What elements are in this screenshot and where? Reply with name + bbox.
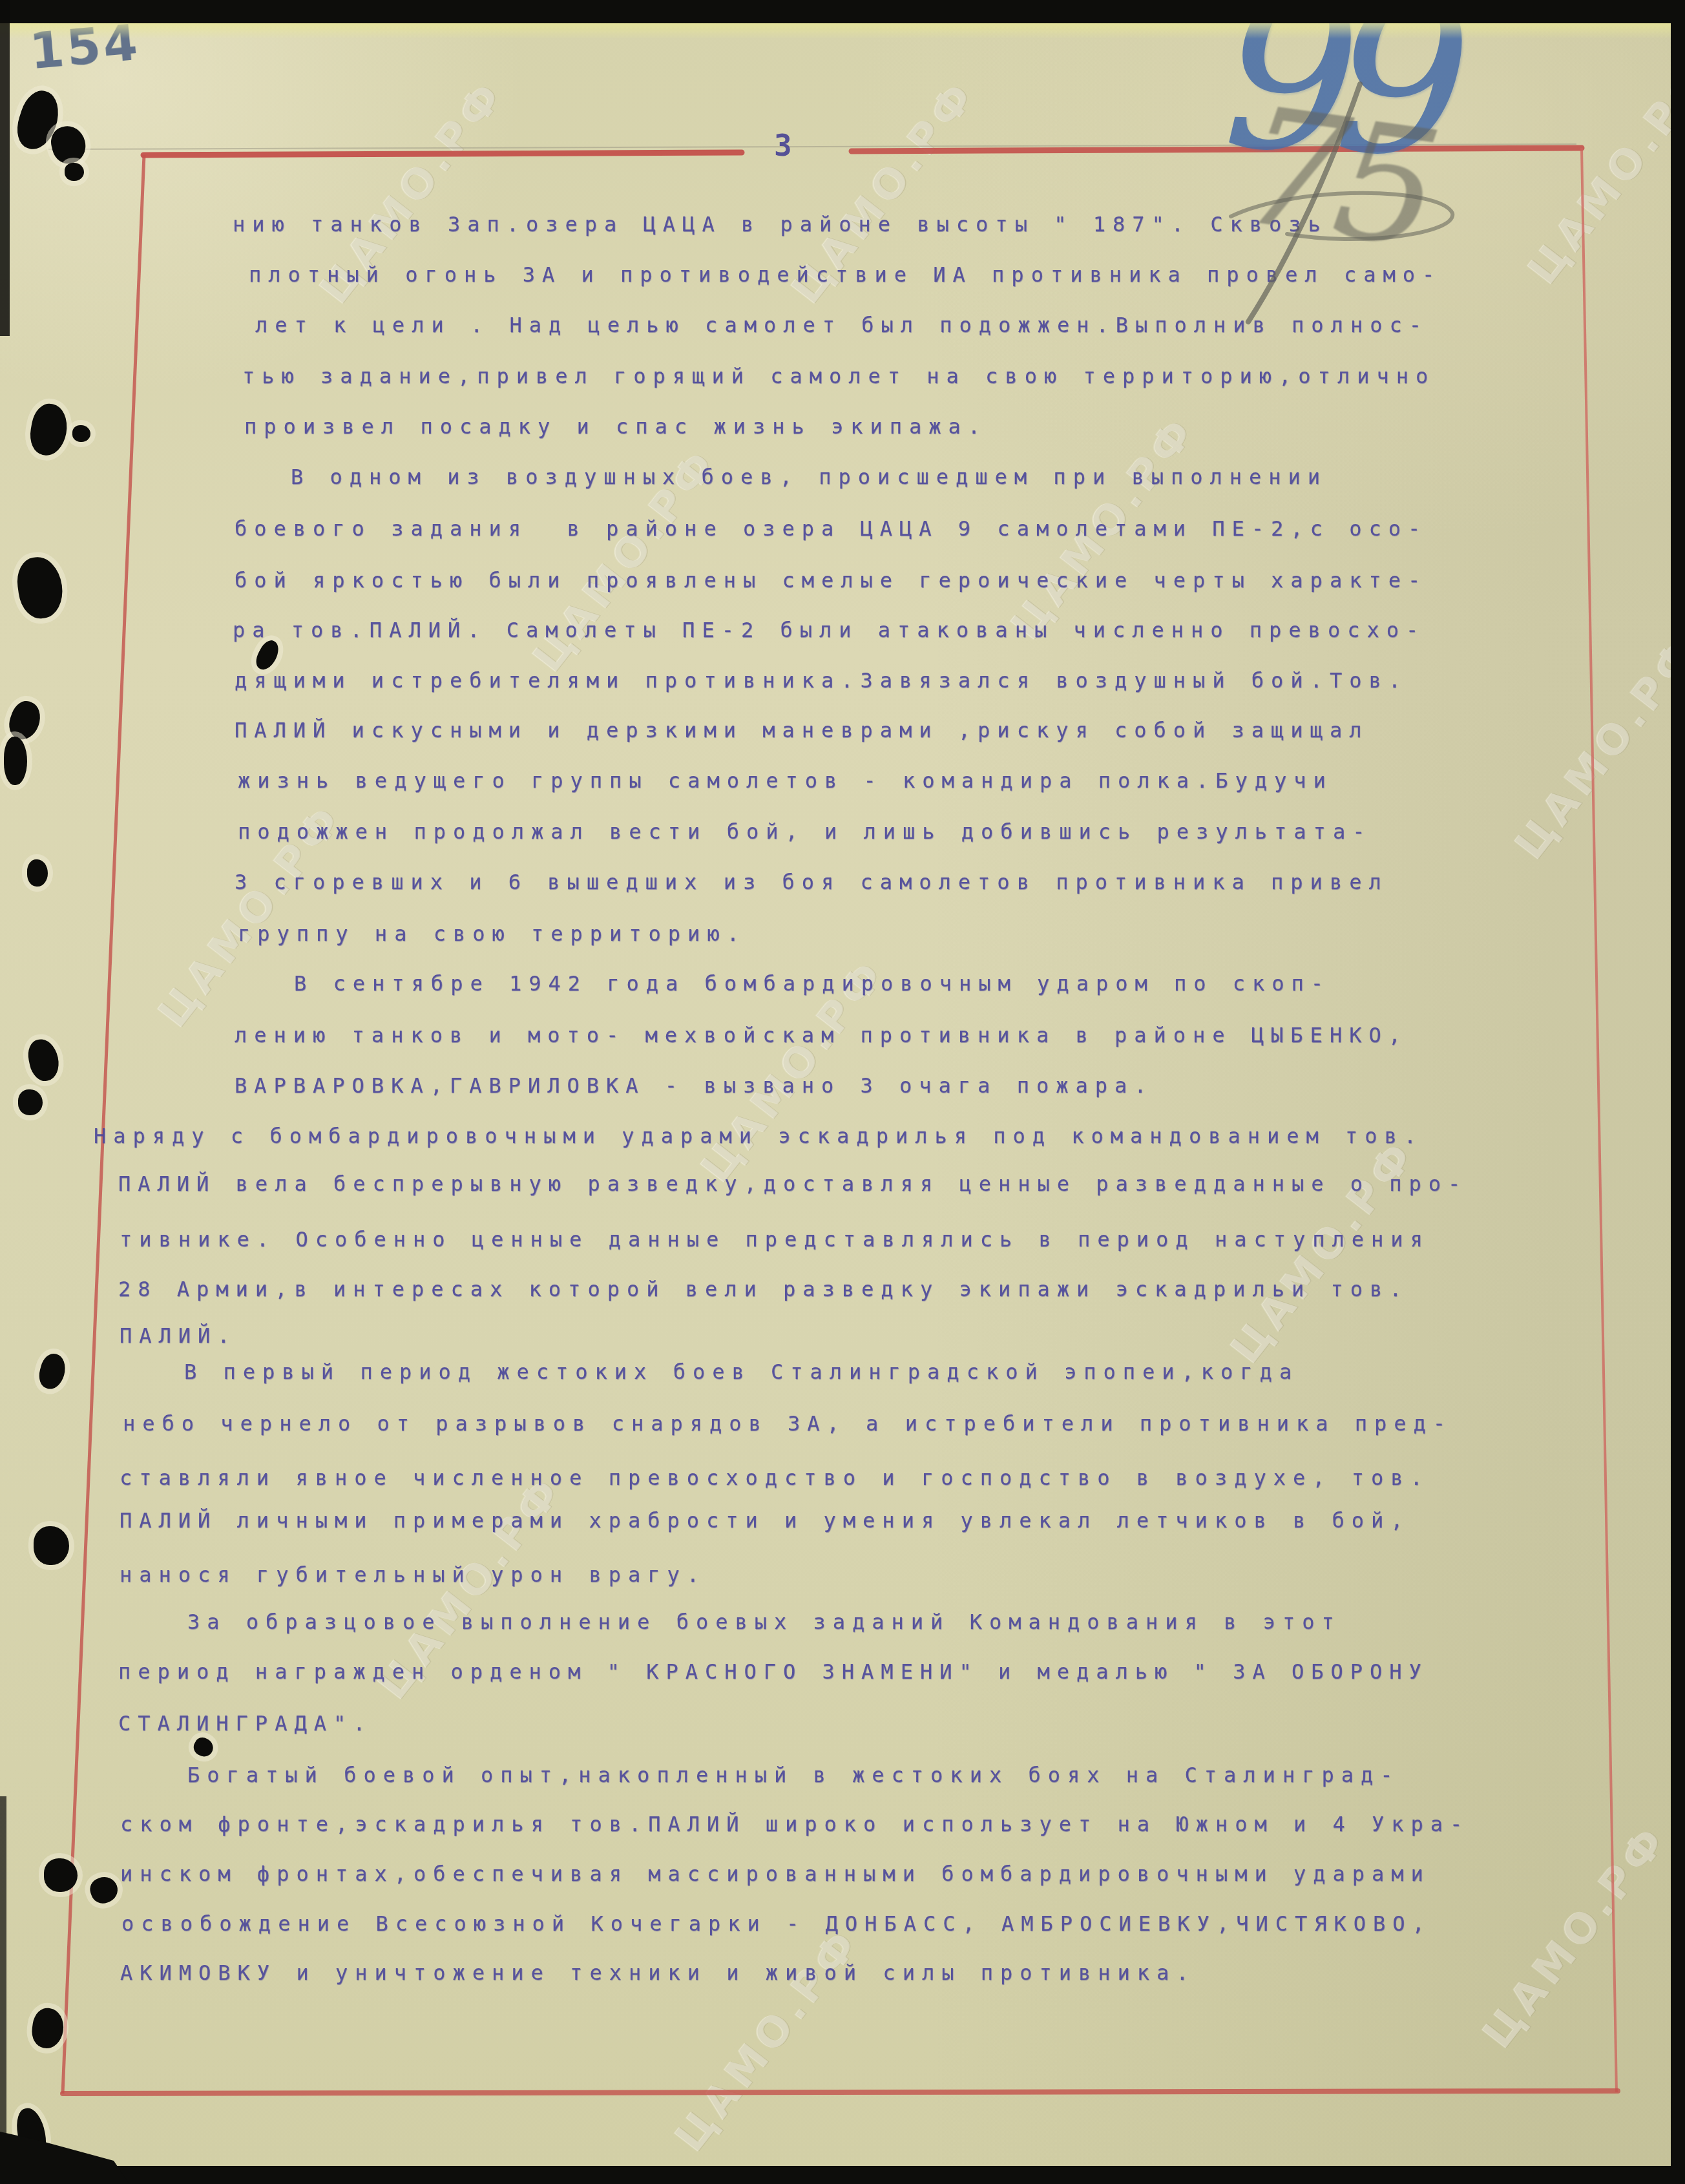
scan-edge-bottom (0, 2166, 1685, 2184)
scan-edge-highlight (0, 23, 1685, 39)
pencil-strike-scrawl (0, 0, 1685, 2184)
scan-edge-right (1671, 0, 1685, 2184)
scan-edge-top (0, 0, 1685, 23)
paper-hole (27, 859, 48, 887)
scan-edge-left (0, 1796, 6, 2184)
paper-hole (44, 1858, 78, 1892)
scan-edge-left (0, 0, 10, 336)
paper-hole (65, 163, 84, 181)
paper-hole (34, 1526, 69, 1565)
paper-hole (4, 737, 27, 785)
paper-hole (18, 1089, 43, 1115)
scanned-document-page: ЦАМО.РФ ЦАМО.РФ ЦАМО.РФ ЦАМО.РФ ЦАМО.РФ … (0, 0, 1685, 2184)
strike-loop (1231, 193, 1452, 239)
paper-hole (72, 425, 90, 442)
